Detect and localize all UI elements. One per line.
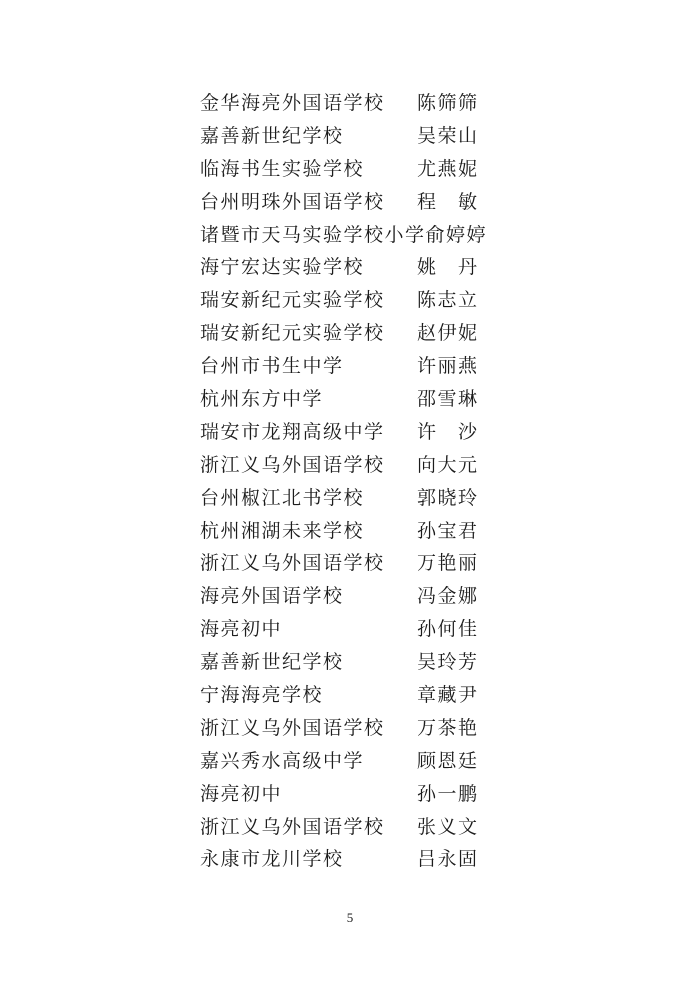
school-name: 浙江义乌外国语学校 [200,812,417,839]
person-name: 赵伊妮 [417,318,479,345]
school-name: 瑞安新纪元实验学校 [200,285,417,312]
school-name: 临海书生实验学校 [200,154,417,181]
table-row: 诸暨市天马实验学校小学 俞婷婷 [200,217,487,250]
school-name: 浙江义乌外国语学校 [200,548,417,575]
school-name: 浙江义乌外国语学校 [200,450,417,477]
table-row: 临海书生实验学校 尤燕妮 [200,151,487,184]
person-name: 孙宝君 [417,516,479,543]
school-name: 海亮外国语学校 [200,581,417,608]
school-name: 海亮初中 [200,779,417,806]
person-name: 许丽燕 [417,351,479,378]
table-row: 嘉善新世纪学校 吴玲芳 [200,644,487,677]
table-row: 杭州东方中学 邵雪琳 [200,381,487,414]
person-name: 孙一鹏 [417,779,479,806]
table-row: 海宁宏达实验学校 姚 丹 [200,249,487,282]
person-name: 吴玲芳 [417,647,479,674]
person-name: 许 沙 [417,417,479,444]
table-row: 永康市龙川学校 吕永固 [200,841,487,874]
person-name: 俞婷婷 [426,220,488,247]
person-name: 陈筛筛 [417,88,479,115]
school-name: 海亮初中 [200,614,417,641]
table-row: 海亮初中 孙何佳 [200,611,487,644]
person-name: 冯金娜 [417,581,479,608]
roster-list: 金华海亮外国语学校 陈筛筛 嘉善新世纪学校 吴荣山 临海书生实验学校 尤燕妮 台… [200,85,487,874]
person-name: 吴荣山 [417,121,479,148]
school-name: 嘉善新世纪学校 [200,647,417,674]
person-name: 程 敏 [417,187,479,214]
table-row: 瑞安市龙翔高级中学 许 沙 [200,414,487,447]
table-row: 瑞安新纪元实验学校 陈志立 [200,282,487,315]
school-name: 嘉兴秀水高级中学 [200,746,417,773]
person-name: 陈志立 [417,285,479,312]
table-row: 金华海亮外国语学校 陈筛筛 [200,85,487,118]
school-name: 杭州东方中学 [200,384,417,411]
school-name: 海宁宏达实验学校 [200,252,417,279]
table-row: 浙江义乌外国语学校 向大元 [200,447,487,480]
school-name: 台州椒江北书学校 [200,483,417,510]
table-row: 台州市书生中学 许丽燕 [200,348,487,381]
person-name: 万艳丽 [417,548,479,575]
school-name: 永康市龙川学校 [200,844,417,871]
school-name: 台州市书生中学 [200,351,417,378]
school-name: 台州明珠外国语学校 [200,187,417,214]
person-name: 向大元 [417,450,479,477]
person-name: 章藏尹 [417,680,479,707]
document-page: 金华海亮外国语学校 陈筛筛 嘉善新世纪学校 吴荣山 临海书生实验学校 尤燕妮 台… [0,0,700,989]
person-name: 孙何佳 [417,614,479,641]
table-row: 台州椒江北书学校 郭晓玲 [200,480,487,513]
table-row: 杭州湘湖未来学校 孙宝君 [200,513,487,546]
table-row: 嘉善新世纪学校 吴荣山 [200,118,487,151]
person-name: 尤燕妮 [417,154,479,181]
person-name: 张义文 [417,812,479,839]
person-name: 邵雪琳 [417,384,479,411]
school-name: 嘉善新世纪学校 [200,121,417,148]
school-name: 瑞安市龙翔高级中学 [200,417,417,444]
page-number: 5 [0,910,700,926]
school-name: 宁海海亮学校 [200,680,417,707]
school-name: 浙江义乌外国语学校 [200,713,417,740]
person-name: 姚 丹 [417,252,479,279]
person-name: 万茶艳 [417,713,479,740]
school-name: 瑞安新纪元实验学校 [200,318,417,345]
person-name: 郭晓玲 [417,483,479,510]
school-name: 金华海亮外国语学校 [200,88,417,115]
table-row: 浙江义乌外国语学校 万茶艳 [200,710,487,743]
table-row: 海亮外国语学校 冯金娜 [200,578,487,611]
table-row: 浙江义乌外国语学校 万艳丽 [200,545,487,578]
school-name: 杭州湘湖未来学校 [200,516,417,543]
table-row: 台州明珠外国语学校 程 敏 [200,184,487,217]
school-name: 诸暨市天马实验学校小学 [200,220,426,247]
table-row: 嘉兴秀水高级中学 顾恩廷 [200,743,487,776]
table-row: 瑞安新纪元实验学校 赵伊妮 [200,315,487,348]
table-row: 海亮初中 孙一鹏 [200,776,487,809]
person-name: 吕永固 [417,844,479,871]
table-row: 宁海海亮学校 章藏尹 [200,677,487,710]
person-name: 顾恩廷 [417,746,479,773]
table-row: 浙江义乌外国语学校 张义文 [200,809,487,842]
